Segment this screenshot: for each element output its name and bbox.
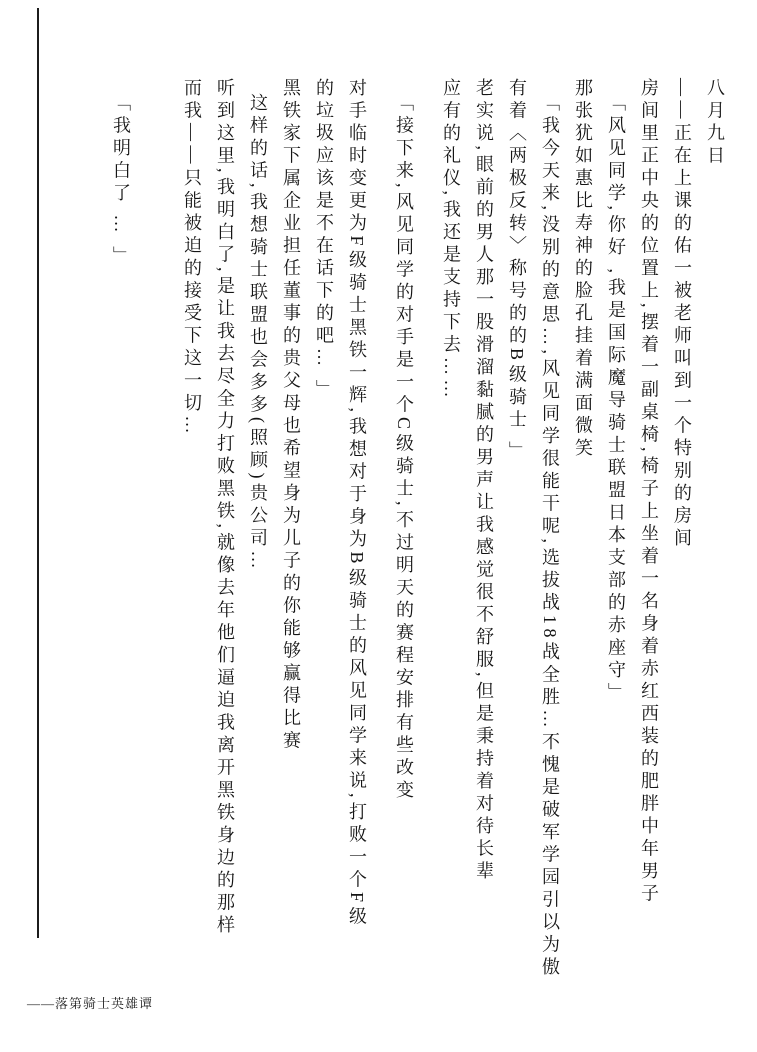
text-column: 房间里正中央的位置上,摆着一副桌椅,椅子上坐着一名身着赤红西装的肥胖中年男子 (632, 78, 665, 983)
text-column: 对手临时变更为F级骑士黑铁一辉,我想对于身为B级骑士的风见同学来说,打败一个F级 (340, 78, 373, 983)
left-margin-rule (37, 8, 39, 938)
novel-page: 八月九日——正在上课的佑一被老师叫到一个特别的房间房间里正中央的位置上,摆着一副… (0, 0, 757, 1052)
text-column: 听到这里,我明白了,是让我去尽全力打败黑铁,就像去年他们逼迫我离开黑铁身边的那样 (208, 78, 241, 983)
text-column: 八月九日 (698, 78, 731, 983)
text-column: 那张犹如惠比寿神的脸孔挂着满面微笑 (566, 78, 599, 983)
vertical-text-block: 八月九日——正在上课的佑一被老师叫到一个特别的房间房间里正中央的位置上,摆着一副… (104, 78, 731, 983)
text-column: 这样的话,我想骑士联盟也会多多(照顾)贵公司… (241, 78, 274, 983)
text-column: 而我——只能被迫的接受下这一切… (175, 78, 208, 983)
text-column: ——正在上课的佑一被老师叫到一个特别的房间 (665, 78, 698, 983)
text-column: 应有的礼仪,我还是支持下去…… (434, 78, 467, 983)
text-column: 老实说,眼前的男人那一股滑溜黏腻的男声让我感觉很不舒服,但是秉持着对待长辈 (467, 78, 500, 983)
text-column: 有着〈两极反转〉称号的的B级骑士 」 (500, 78, 533, 983)
attribution-footer: ——落第骑士英雄谭 (27, 993, 153, 1012)
text-column: 「接下来,风见同学的对手是一个C级骑士,不过明天的赛程安排有些改变 (387, 78, 420, 983)
text-column: 的垃圾应该是不在话下的吧… 」 (307, 78, 340, 983)
text-column: 「我明白了 … 」 (104, 78, 137, 983)
text-column: 「风见同学,你好 ,我是国际魔导骑士联盟日本支部的赤座守」 (599, 78, 632, 983)
text-column: 「我今天来,没别的意思…,风见同学很能干呢,选拔战18战全胜…不愧是破军学园引以… (533, 78, 566, 983)
text-column: 黑铁家下属企业担任董事的贵父母也希望身为儿子的你能够赢得比赛 (274, 78, 307, 983)
